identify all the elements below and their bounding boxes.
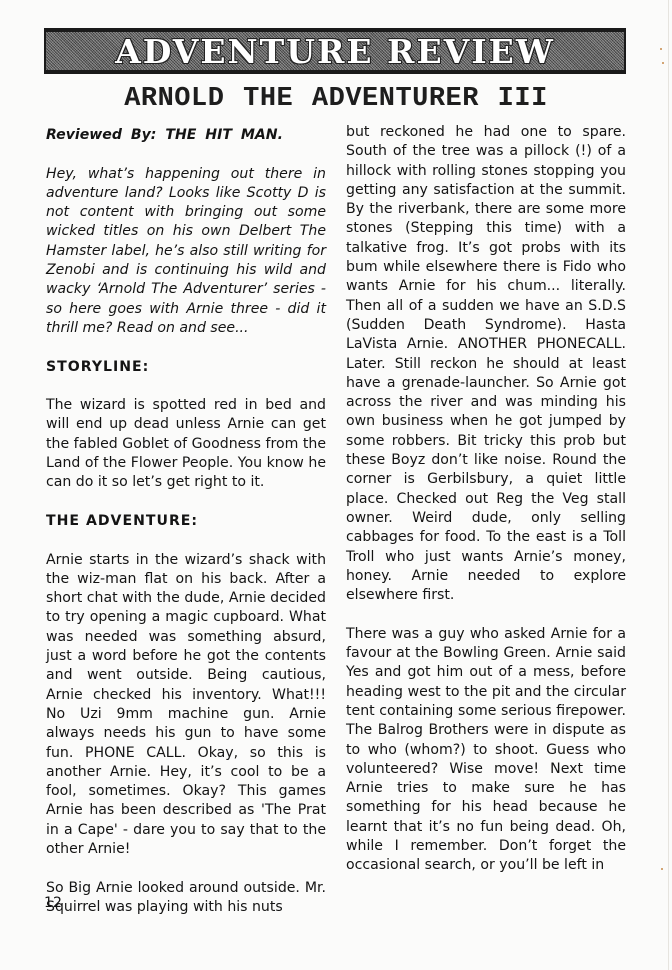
right-column: but reckoned he had one to spare. South … xyxy=(346,123,626,876)
paper-speck xyxy=(660,48,662,50)
right-paragraph: There was a guy who asked Arnie for a fa… xyxy=(346,625,626,876)
right-paragraph: but reckoned he had one to spare. South … xyxy=(346,123,626,605)
adventure-paragraph: Arnie starts in the wizard’s shack with … xyxy=(46,551,326,860)
banner-label: ADVENTURE REVIEW xyxy=(115,35,555,68)
paper-speck xyxy=(662,62,664,64)
page-number: 12 xyxy=(44,895,62,911)
storyline-heading: STORYLINE: xyxy=(46,358,326,377)
intro-paragraph: Hey, what’s happening out there in adven… xyxy=(46,165,326,339)
section-banner: ADVENTURE REVIEW xyxy=(44,28,626,74)
adventure-heading: THE ADVENTURE: xyxy=(46,512,326,531)
storyline-paragraph: The wizard is spotted red in bed and wil… xyxy=(46,396,326,492)
adventure-paragraph-continued: So Big Arnie looked around outside. Mr. … xyxy=(46,879,326,918)
page-edge xyxy=(668,0,669,970)
byline: Reviewed By: THE HIT MAN. xyxy=(46,126,326,145)
review-title: ARNOLD THE ADVENTURER III xyxy=(0,84,672,114)
left-column: Reviewed By: THE HIT MAN. Hey, what’s ha… xyxy=(46,126,326,917)
paper-speck xyxy=(661,868,663,870)
